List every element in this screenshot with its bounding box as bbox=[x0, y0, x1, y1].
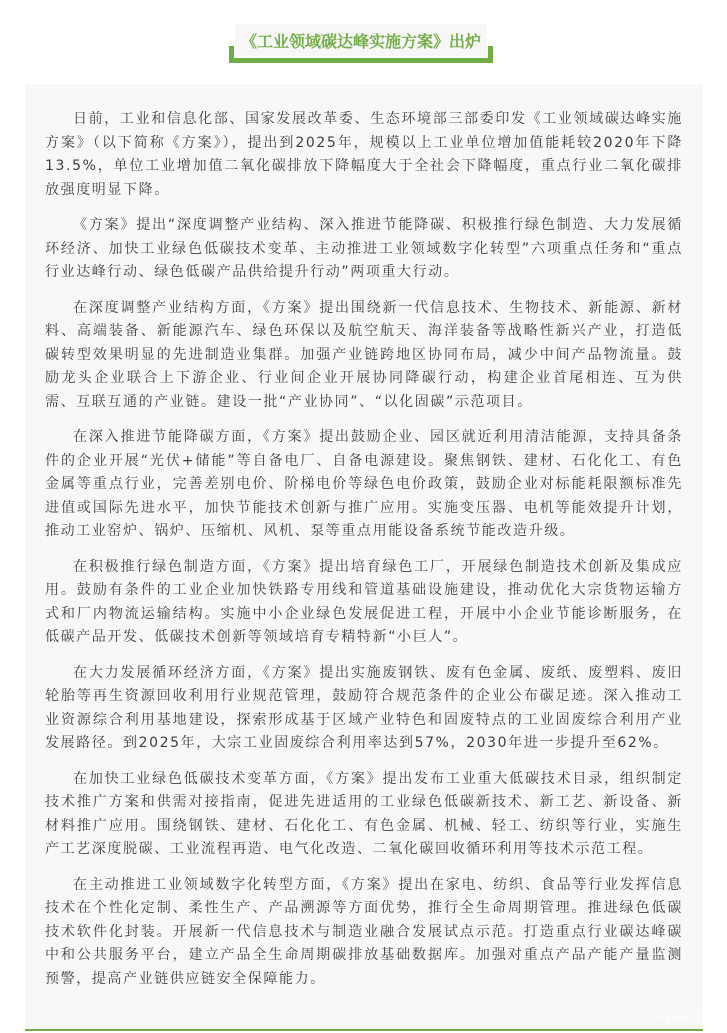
paragraph-green-manufacturing: 在积极推行绿色制造方面，《方案》提出培育绿色工厂，开展绿色制造技术创新及集成应用… bbox=[45, 556, 683, 650]
paragraph-circular-economy: 在大力发展循环经济方面，《方案》提出实施废钢铁、废有色金属、废纸、废塑料、废旧轮… bbox=[45, 662, 683, 756]
watermark: pcpzq.c bbox=[652, 1010, 701, 1023]
paragraph-low-carbon-tech: 在加快工业绿色低碳技术变革方面，《方案》提出发布工业重大低碳技术目录，组织制定技… bbox=[45, 768, 683, 862]
page-title: 《工业领域碳达峰实施方案》出炉 bbox=[241, 29, 481, 52]
paragraph-energy-saving: 在深入推进节能降碳方面，《方案》提出鼓励企业、园区就近利用清洁能源，支持具备条件… bbox=[45, 426, 683, 544]
article-body: 日前，工业和信息化部、国家发展改革委、生态环境部三部委印发《工业领域碳达峰实施方… bbox=[25, 84, 703, 1029]
paragraph-key-tasks: 《方案》提出“深度调整产业结构、深入推进节能降碳、积极推行绿色制造、大力发展循环… bbox=[45, 214, 683, 285]
paragraph-intro: 日前，工业和信息化部、国家发展改革委、生态环境部三部委印发《工业领域碳达峰实施方… bbox=[45, 108, 683, 202]
bottom-divider bbox=[25, 1029, 703, 1031]
paragraph-industrial-structure: 在深度调整产业结构方面，《方案》提出围绕新一代信息技术、生物技术、新能源、新材料… bbox=[45, 297, 683, 415]
title-box: 《工业领域碳达峰实施方案》出炉 bbox=[235, 24, 487, 56]
article-title-banner: 《工业领域碳达峰实施方案》出炉 bbox=[229, 24, 493, 63]
paragraph-digital-transformation: 在主动推进工业领域数字化转型方面，《方案》提出在家电、纺织、食品等行业发挥信息技… bbox=[45, 874, 683, 992]
